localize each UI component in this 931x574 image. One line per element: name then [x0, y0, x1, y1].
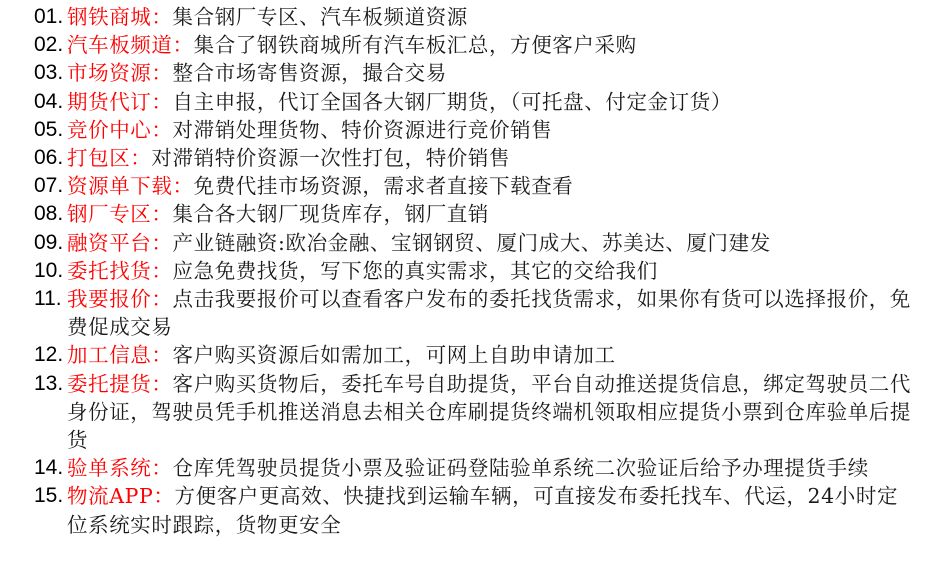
list-item-logistics-app: 15. 物流APP：方便客户更高效、快捷找到运输车辆，可直接发布委托找车、代运，…: [34, 482, 919, 538]
item-number: 15.: [34, 482, 67, 510]
item-number: 02.: [34, 31, 67, 59]
item-label: 委托提货：: [67, 372, 173, 396]
item-description: 集合各大钢厂现货库存，钢厂直销: [173, 202, 490, 226]
item-label: 验单系统：: [67, 456, 173, 480]
list-item-mill-zone: 08. 钢厂专区：集合各大钢厂现货库存，钢厂直销: [34, 200, 919, 228]
list-item-futures-ordering: 04. 期货代订：自主申报，代订全国各大钢厂期货，（可托盘、付定金订货）: [34, 88, 919, 116]
item-description: 对滞销处理货物、特价资源进行竞价销售: [173, 118, 553, 142]
list-item-resource-download: 07. 资源单下载：免费代挂市场资源，需求者直接下载查看: [34, 172, 919, 200]
item-description: 整合市场寄售资源，撮合交易: [173, 61, 447, 85]
item-number: 10.: [34, 257, 67, 285]
item-description: 仓库凭驾驶员提货小票及验证码登陆验单系统二次验证后给予办理提货手续: [173, 456, 869, 480]
item-number: 05.: [34, 116, 67, 144]
list-item-financing-platform: 09. 融资平台：产业链融资:欧冶金融、宝钢钢贸、厦门成大、苏美达、厦门建发: [34, 229, 919, 257]
list-item-market-resources: 03. 市场资源：整合市场寄售资源，撮合交易: [34, 59, 919, 87]
item-number: 07.: [34, 172, 67, 200]
item-description: 自主申报，代订全国各大钢厂期货，（可托盘、付定金订货）: [173, 90, 732, 114]
item-description: 客户购买资源后如需加工，可网上自助申请加工: [173, 343, 616, 367]
item-label: 钢铁商城：: [67, 5, 173, 29]
list-item-auto-sheet-channel: 02. 汽车板频道：集合了钢铁商城所有汽车板汇总，方便客户采购: [34, 31, 919, 59]
item-description: 集合了钢铁商城所有汽车板汇总，方便客户采购: [194, 33, 637, 57]
list-item-bundle-zone: 06. 打包区：对滞销特价资源一次性打包，特价销售: [34, 144, 919, 172]
item-number: 06.: [34, 144, 67, 172]
item-label: 打包区：: [67, 146, 151, 170]
list-item-verification-system: 14. 验单系统：仓库凭驾驶员提货小票及验证码登陆验单系统二次验证后给予办理提货…: [34, 454, 919, 482]
feature-list: 01. 钢铁商城：集合钢厂专区、汽车板频道资源 02. 汽车板频道：集合了钢铁商…: [34, 3, 919, 539]
item-number: 01.: [34, 3, 67, 31]
item-number: 08.: [34, 200, 67, 228]
item-label: 钢厂专区：: [67, 202, 173, 226]
item-label: 汽车板频道：: [67, 33, 194, 57]
item-number: 12.: [34, 341, 67, 369]
item-description: 客户购买货物后，委托车号自助提货，平台自动推送提货信息，绑定驾驶员二代身份证，驾…: [67, 372, 911, 452]
list-item-delegated-pickup: 13. 委托提货：客户购买货物后，委托车号自助提货，平台自动推送提货信息，绑定驾…: [34, 370, 919, 455]
item-description: 集合钢厂专区、汽车板频道资源: [173, 5, 468, 29]
item-description: 点击我要报价可以查看客户发布的委托找货需求，如果你有货可以选择报价，免费促成交易: [67, 287, 911, 339]
item-description: 方便客户更高效、快捷找到运输车辆，可直接发布委托找车、代运，24小时定位系统实时…: [67, 484, 898, 536]
item-description: 产业链融资:欧冶金融、宝钢钢贸、厦门成大、苏美达、厦门建发: [173, 231, 771, 255]
item-label: 加工信息：: [67, 343, 173, 367]
item-number: 13.: [34, 370, 67, 398]
item-number: 09.: [34, 229, 67, 257]
item-label: 我要报价：: [67, 287, 173, 311]
list-item-sourcing-request: 10. 委托找货：应急免费找货，写下您的真实需求，其它的交给我们: [34, 257, 919, 285]
item-label: 融资平台：: [67, 231, 173, 255]
list-item-steel-mall: 01. 钢铁商城：集合钢厂专区、汽车板频道资源: [34, 3, 919, 31]
item-label: 资源单下载：: [67, 174, 194, 198]
item-number: 04.: [34, 88, 67, 116]
item-label: 物流APP：: [67, 484, 175, 508]
item-number: 11.: [34, 285, 67, 313]
item-number: 14.: [34, 454, 67, 482]
item-number: 03.: [34, 59, 67, 87]
item-label: 委托找货：: [67, 259, 173, 283]
item-description: 应急免费找货，写下您的真实需求，其它的交给我们: [173, 259, 658, 283]
item-description: 对滞销特价资源一次性打包，特价销售: [151, 146, 510, 170]
item-label: 期货代订：: [67, 90, 173, 114]
item-description: 免费代挂市场资源，需求者直接下载查看: [194, 174, 574, 198]
item-label: 竞价中心：: [67, 118, 173, 142]
list-item-quotation: 11. 我要报价：点击我要报价可以查看客户发布的委托找货需求，如果你有货可以选择…: [34, 285, 919, 341]
list-item-bidding-center: 05. 竞价中心：对滞销处理货物、特价资源进行竞价销售: [34, 116, 919, 144]
item-label: 市场资源：: [67, 61, 173, 85]
list-item-processing-info: 12. 加工信息：客户购买资源后如需加工，可网上自助申请加工: [34, 341, 919, 369]
